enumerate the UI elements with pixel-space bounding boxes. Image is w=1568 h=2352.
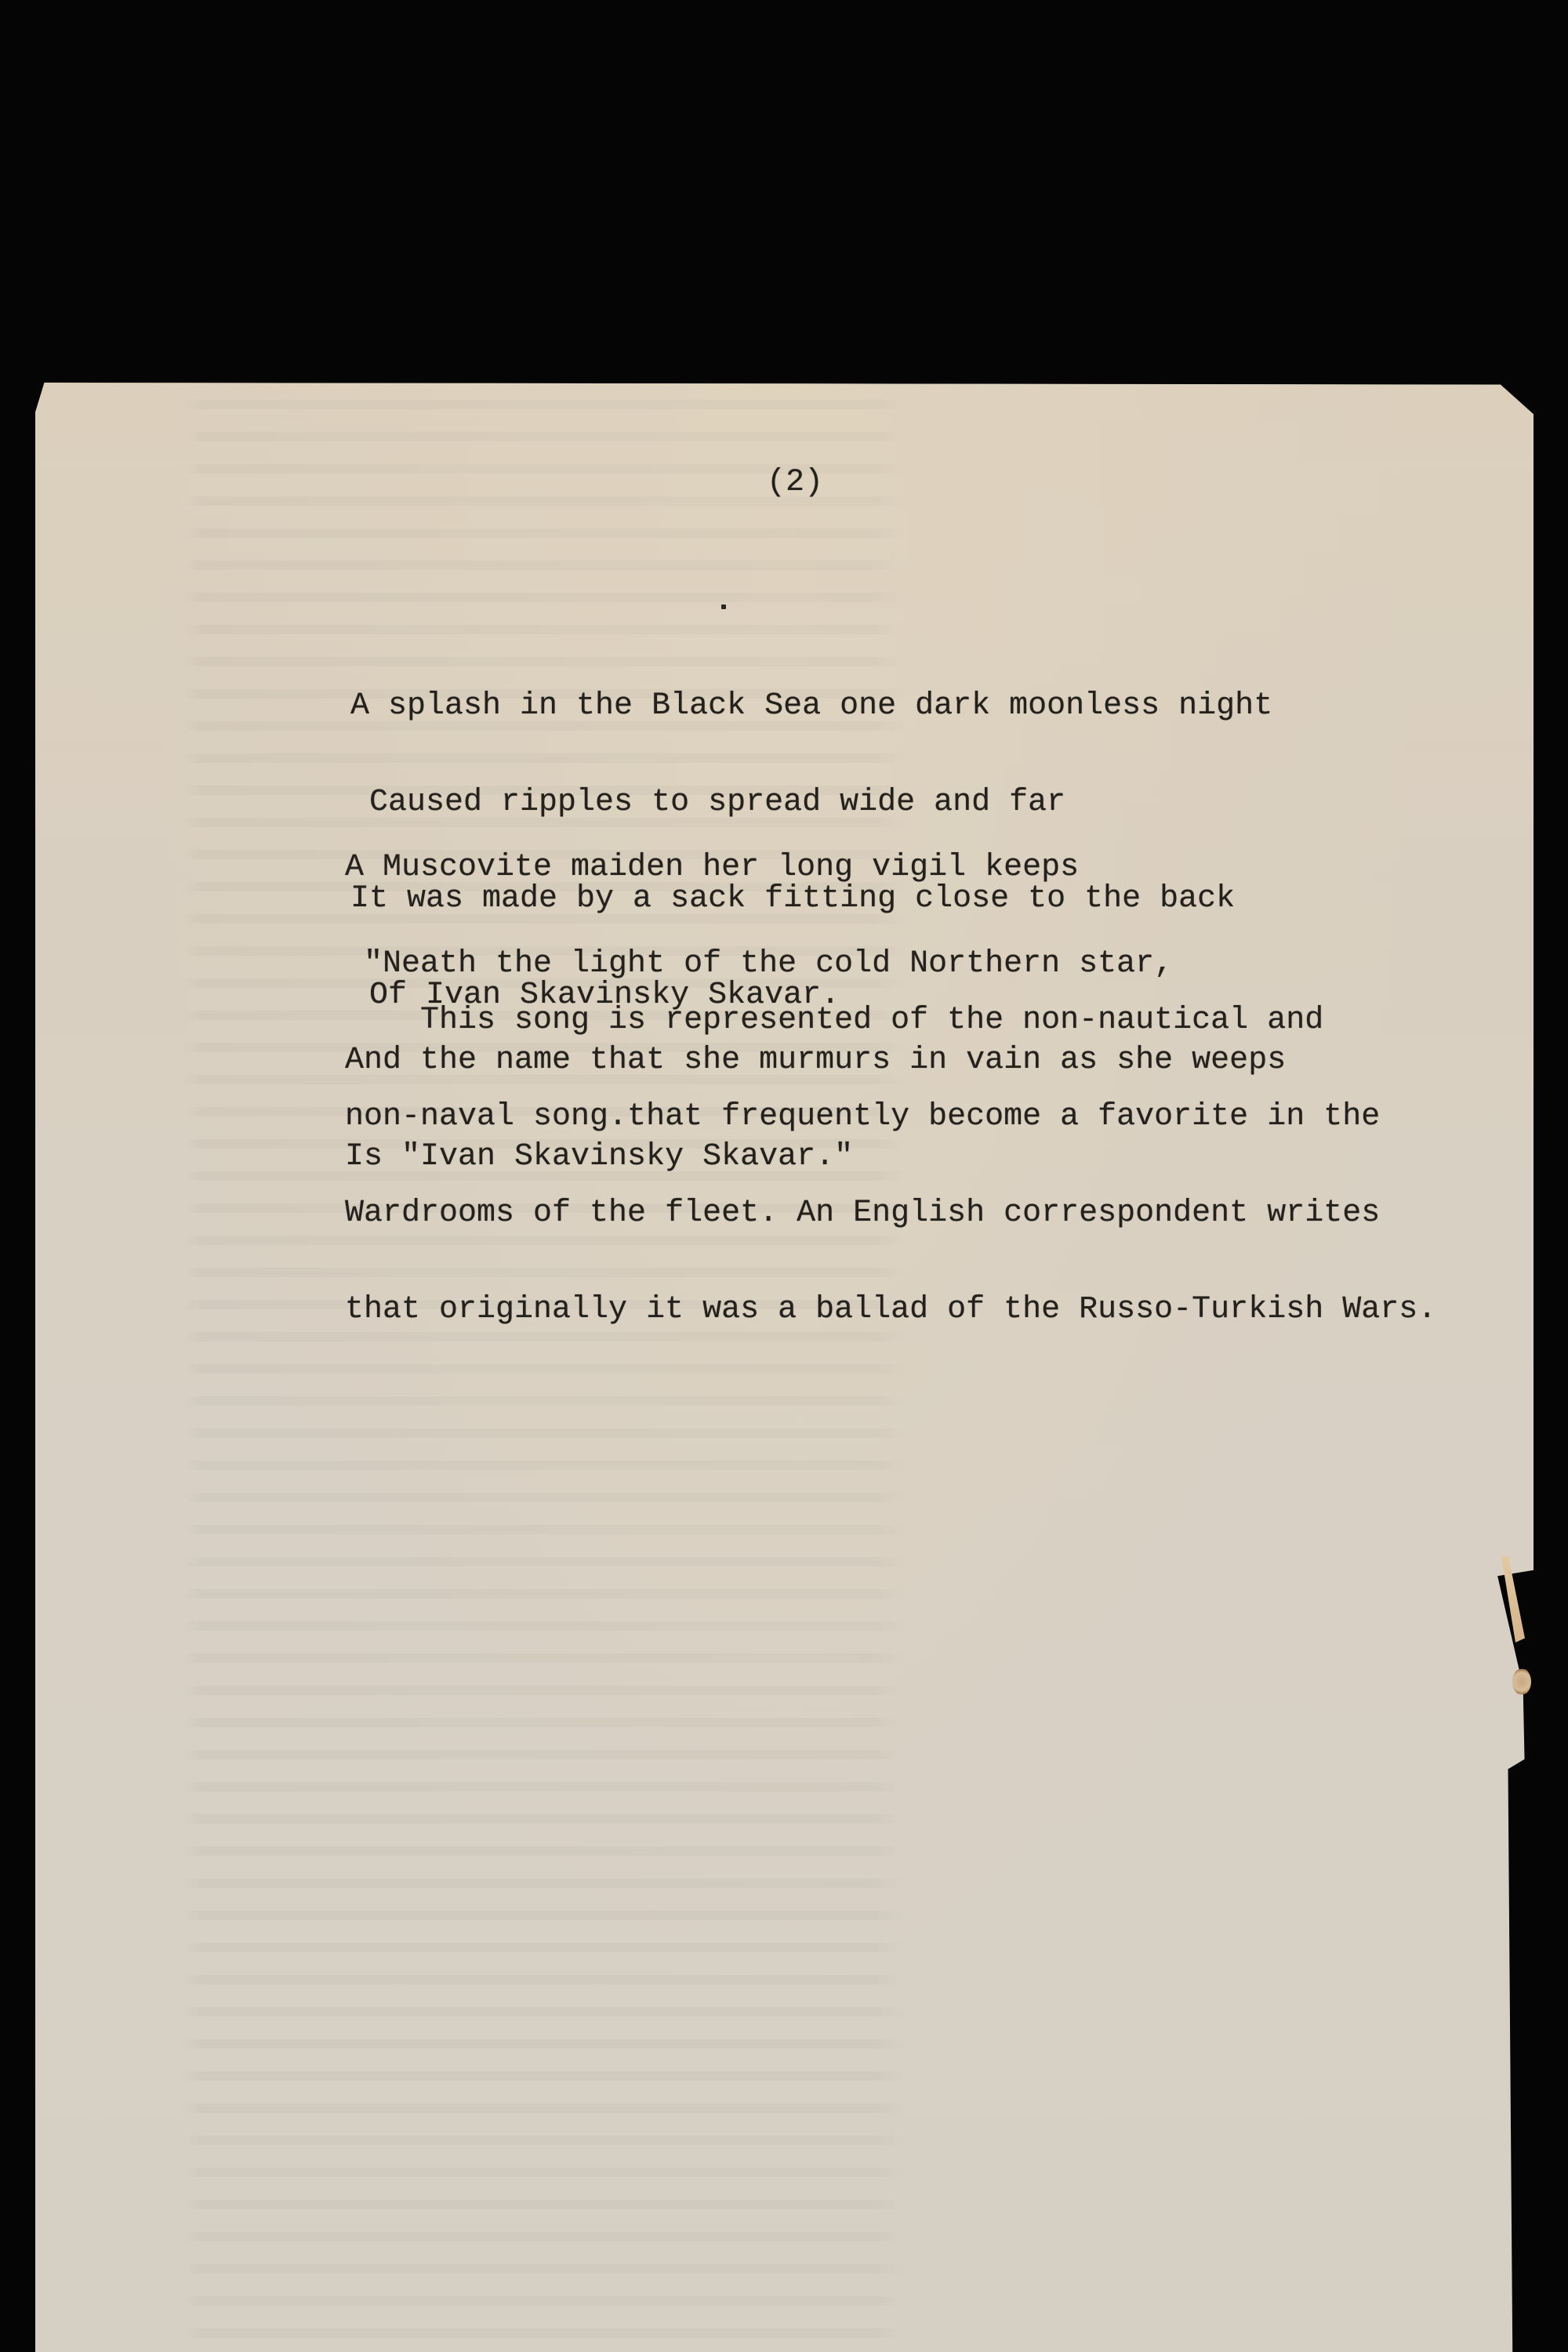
paragraph-line: This song is represented of the non-naut… <box>345 1004 1436 1036</box>
paragraph-line: Wardrooms of the fleet. An English corre… <box>345 1197 1436 1229</box>
poem-line: A splash in the Black Sea one dark moonl… <box>350 690 1272 722</box>
poem-line: A Muscovite maiden her long vigil keeps <box>345 851 1286 884</box>
commentary-paragraph: This song is represented of the non-naut… <box>345 940 1436 1390</box>
scan-background: (2) A splash in the Black Sea one dark m… <box>0 0 1568 2352</box>
page-number: (2) <box>767 466 823 499</box>
paragraph-line: that originally it was a ballad of the R… <box>345 1294 1436 1326</box>
stray-ink-mark <box>721 604 726 609</box>
stain-mark <box>1512 1668 1531 1695</box>
paragraph-line: non-naval song.that frequently become a … <box>345 1101 1436 1133</box>
